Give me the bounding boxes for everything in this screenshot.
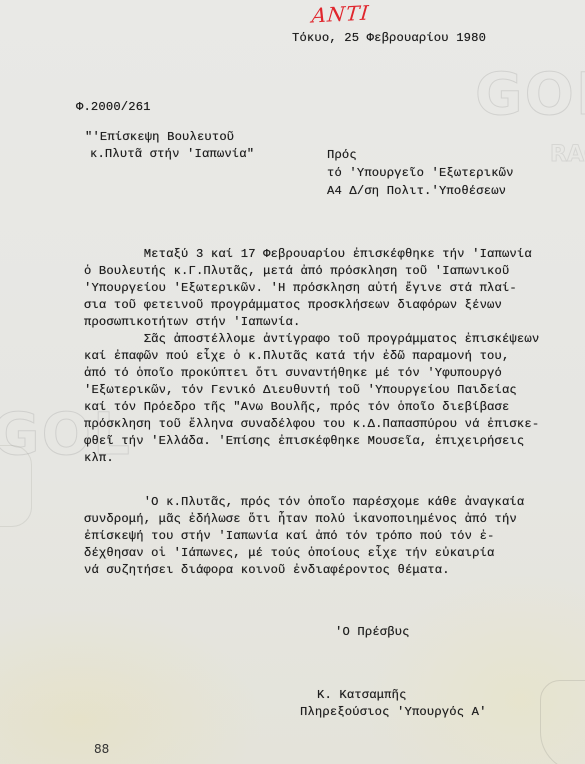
body-line: ἐπίσκεψή του στήν 'Ιαπωνία καί ἀπό τόν τ… xyxy=(84,528,495,546)
page-number: 88 xyxy=(94,742,109,756)
place-date: Τόκυο, 25 Φεβρουαρίου 1980 xyxy=(292,30,486,48)
body-line: πρόσκληση τοῦ ἕλληνα συναδέλφου του κ.Δ.… xyxy=(84,416,539,434)
recipient-line: Πρός xyxy=(327,147,357,165)
subject-line: "'Επίσκεψη Βουλευτοῦ xyxy=(85,129,234,147)
body-line: δέχθησαν οἱ 'Ιάπωνες, μέ τούς ὁποίους εἶ… xyxy=(84,545,495,563)
body-line: κλπ. xyxy=(84,450,114,468)
recipient-line: τό 'Υπουργεῖο 'Εξωτερικῶν xyxy=(327,165,514,183)
stamp-outline-icon xyxy=(0,445,32,527)
body-line: 'Εξωτερικῶν, τόν Γενικό Διευθυντή τοῦ 'Υ… xyxy=(84,382,517,400)
body-line: Μεταξύ 3 καί 17 Φεβρουαρίου ἐπισκέφθηκε … xyxy=(84,246,532,264)
body-line: φθεῖ τήν 'Ελλάδα. 'Επίσης ἐπισκέφθηκε Μο… xyxy=(84,433,524,451)
body-line: 'Υπουργείου 'Εξωτερικῶν. 'Η πρόσκληση αὐ… xyxy=(84,280,517,298)
signature-title: 'Ο Πρέσβυς xyxy=(335,624,410,642)
stamp-shield-icon xyxy=(540,680,585,764)
body-line: ἀπό τό ὁποῖο προκύπτει ὅτι συναντήθηκε μ… xyxy=(84,365,502,383)
signature-rank: Πληρεξούσιος 'Υπουργός Α' xyxy=(300,704,487,722)
body-line: καί τόν Πρόεδρο τῆς "Ανω Βουλῆς, πρός τό… xyxy=(84,399,509,417)
handwritten-note: ΑΝΤΙ xyxy=(311,1,371,28)
subject-line: κ.Πλυτᾶ στήν 'Ιαπωνία" xyxy=(90,146,254,164)
reference-number: Φ.2000/261 xyxy=(76,99,151,117)
body-line: καί ἐπαφῶν πού εἶχε ὁ κ.Πλυτᾶς κατά τήν … xyxy=(84,348,509,366)
document-page: GOL RAC GOL ΑΝΤΙ Τόκυο, 25 Φεβρουαρίου 1… xyxy=(0,0,585,764)
body-line: συνδρομή, μᾶς ἐδήλωσε ὅτι ἦταν πολύ ἱκαν… xyxy=(84,511,517,529)
body-line: προσωπικοτήτων στήν 'Ιαπωνία. xyxy=(84,314,300,332)
recipient-line: Α4 Δ/ση Πολιτ.'Υποθέσεων xyxy=(327,183,506,201)
body-line: 'Ο κ.Πλυτᾶς, πρός τόν ὁποῖο παρέσχομε κά… xyxy=(84,494,524,512)
watermark-stamp-top: GOL xyxy=(475,60,585,128)
body-line: ὁ Βουλευτής κ.Γ.Πλυτᾶς, μετά ἀπό πρόσκλη… xyxy=(84,263,509,281)
body-line: Σᾶς ἀποστέλλομε ἀντίγραφο τοῦ προγράμματ… xyxy=(84,331,539,349)
body-line: σια τοῦ φετεινοῦ προγράμματος προσκλήσεω… xyxy=(84,297,502,315)
signature-name: Κ. Κατσαμπῆς xyxy=(317,687,407,705)
body-line: νά συζητήσει διάφορα κοινοῦ ἐνδιαφέροντο… xyxy=(84,562,450,580)
watermark-stamp-sub: RAC xyxy=(550,142,585,167)
